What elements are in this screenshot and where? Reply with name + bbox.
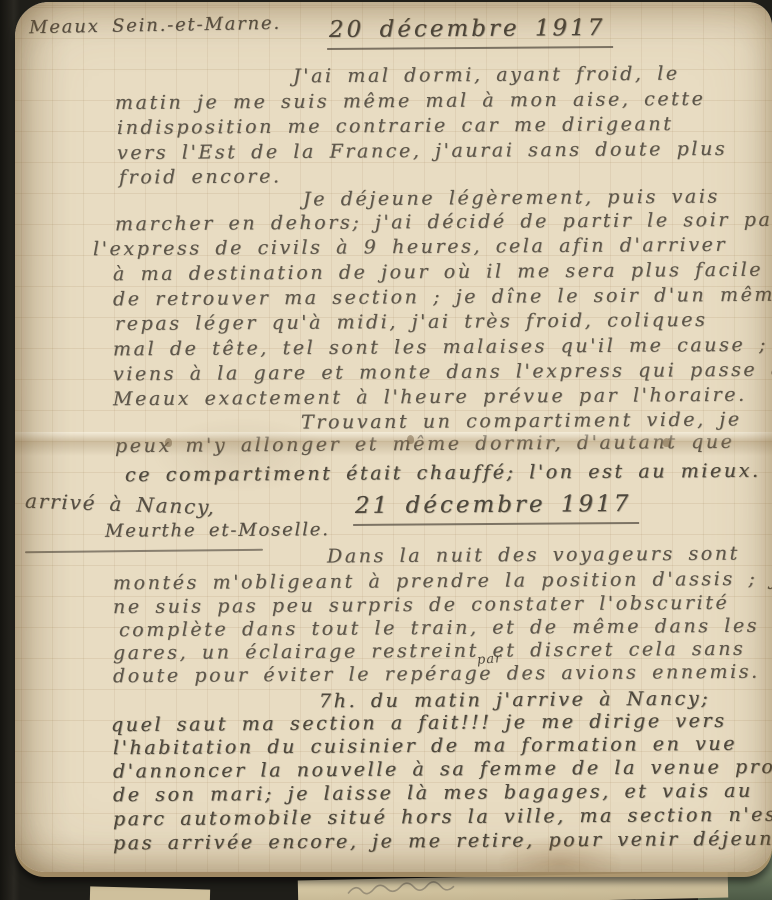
- handwriting-line: montés m'obligeant à prendre la position…: [113, 570, 772, 594]
- handwriting-line: quel saut ma section a fait!!! je me dir…: [111, 712, 727, 735]
- handwriting-line: à ma destination de jour où il me sera p…: [113, 261, 763, 285]
- handwriting-line: l'habitation du cuisinier de ma formatio…: [113, 735, 737, 758]
- handwriting-line: Je déjeune légèrement, puis vais: [303, 188, 720, 210]
- handwriting-line: vers l'Est de la France, j'aurai sans do…: [117, 140, 727, 163]
- fold-nick: [165, 438, 172, 447]
- underlying-page-sliver: [90, 886, 210, 900]
- notebook-page: Meaux Sein.-et-Marne. 20 décembre 1917 J…: [15, 2, 772, 872]
- margin-note-location-2-line2: Meurthe et-Moselle.: [105, 521, 330, 541]
- margin-note-location-1: Meaux Sein.-et-Marne.: [29, 15, 281, 37]
- handwriting-line: Trouvant un compartiment vide, je: [301, 410, 742, 432]
- handwriting-line: froid encore.: [119, 167, 282, 187]
- handwriting-line: marcher en dehors; j'ai décidé de partir…: [115, 211, 772, 235]
- handwriting-line: Dans la nuit des voyageurs sont: [327, 545, 740, 567]
- handwriting-line: repas léger qu'à midi, j'ai très froid, …: [115, 311, 708, 334]
- handwriting-line: peux m'y allonger et même dormir, d'auta…: [115, 433, 735, 456]
- handwriting-line: gares, un éclairage restreint et discret…: [113, 640, 745, 663]
- inserted-word: par: [477, 651, 503, 668]
- fold-nick: [663, 438, 670, 447]
- handwriting-line: parc automobile situé hors la ville, ma …: [113, 806, 772, 830]
- handwriting-line: 7h. du matin j'arrive à Nancy;: [319, 690, 710, 712]
- handwriting-line: indisposition me contrarie car me dirige…: [117, 115, 674, 138]
- fold-nick: [407, 435, 414, 444]
- margin-note-underline: [25, 549, 263, 553]
- handwriting-line: de son mari; je laisse là mes bagages, e…: [113, 782, 753, 805]
- handwriting-line: viens à la gare et monte dans l'express …: [113, 361, 772, 385]
- handwriting-line: J'ai mal dormi, ayant froid, le: [293, 65, 680, 87]
- handwriting-line: ce compartiment était chauffé; l'on est …: [125, 462, 761, 485]
- handwriting-line: doute pour éviter le repérage des avions…: [113, 663, 760, 687]
- entry-date-1: 20 décembre 1917: [327, 15, 614, 50]
- handwriting-line: l'express de civils à 9 heures, cela afi…: [93, 236, 727, 259]
- underlying-page-writing: [346, 879, 466, 900]
- handwriting-line: ne suis pas peu surpris de constater l'o…: [113, 594, 729, 617]
- handwriting-line: pas arrivée encore, je me retire, pour v…: [113, 830, 772, 854]
- underlying-page-fragment: [298, 872, 728, 900]
- handwriting-line: Meaux exactement à l'heure prévue par l'…: [113, 386, 747, 409]
- handwriting-line: mal de tête, tel sont les malaises qu'il…: [113, 336, 772, 360]
- handwriting-line: d'annoncer la nouvelle à sa femme de la …: [113, 757, 772, 781]
- entry-date-2: 21 décembre 1917: [353, 491, 640, 526]
- handwriting-line: complète dans tout le train, et de même …: [119, 617, 759, 640]
- handwriting-line: matin je me suis même mal à mon aise, ce…: [115, 90, 706, 113]
- handwriting-line: de retrouver ma section ; je dîne le soi…: [113, 286, 772, 310]
- diary-photo: Meaux Sein.-et-Marne. 20 décembre 1917 J…: [0, 0, 772, 900]
- margin-note-location-2-line1: arrivé à Nancy,: [25, 491, 216, 518]
